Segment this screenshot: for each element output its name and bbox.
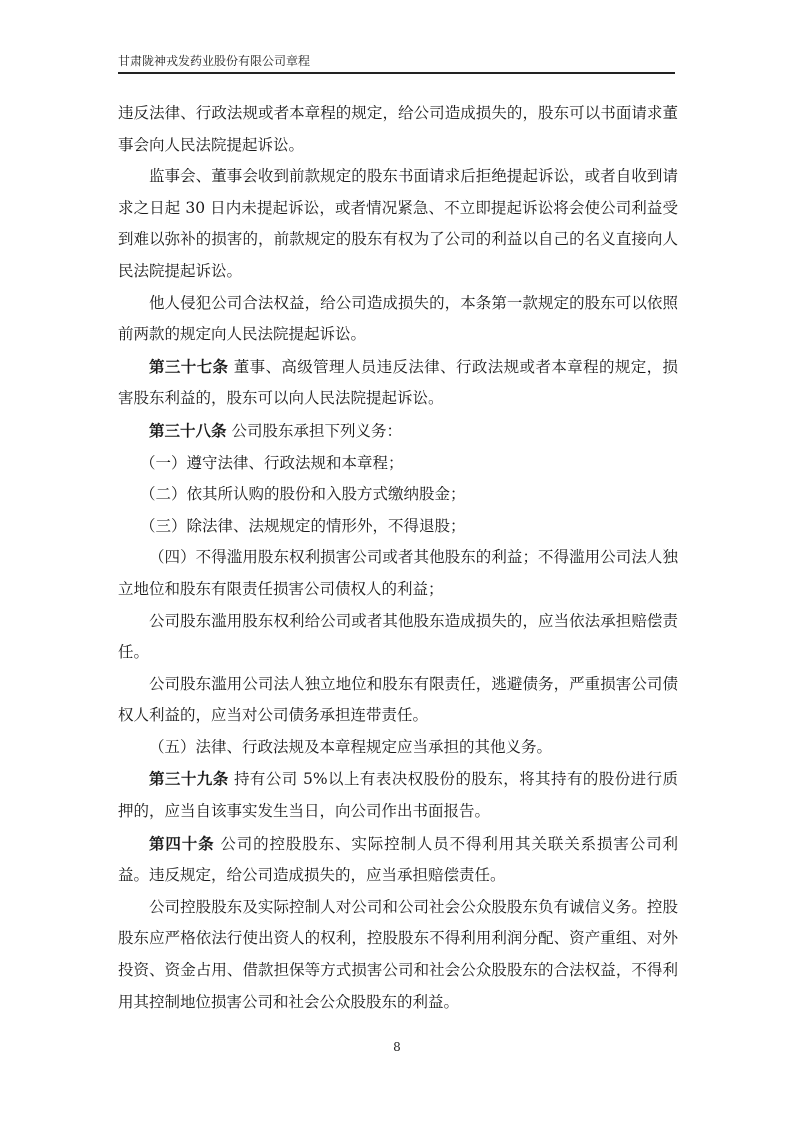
paragraph: 他人侵犯公司合法权益，给公司造成损失的，本条第一款规定的股东可以依照前两款的规定…: [118, 288, 678, 351]
article-38: 第三十八条 公司股东承担下列义务：: [118, 415, 678, 448]
list-item: （三）除法律、法规规定的情形外，不得退股；: [118, 511, 678, 543]
article-39: 第三十九条 持有公司 5%以上有表决权股份的股东，将其持有的股份进行质押的，应当…: [118, 763, 678, 827]
article-heading: 第三十九条: [149, 769, 229, 788]
list-item: （四）不得滥用股东权利损害公司或者其他股东的利益；不得滥用公司法人独立地位和股东…: [118, 542, 678, 605]
paragraph: 公司股东滥用公司法人独立地位和股东有限责任，逃避债务，严重损害公司债权人利益的，…: [118, 669, 678, 732]
list-item: （二）依其所认购的股份和入股方式缴纳股金；: [118, 479, 678, 511]
paragraph: 公司股东滥用股东权利给公司或者其他股东造成损失的，应当依法承担赔偿责任。: [118, 606, 678, 669]
header-divider: [118, 72, 675, 74]
page-number: 8: [0, 1040, 794, 1054]
article-heading: 第四十条: [149, 834, 215, 853]
list-item: （五）法律、行政法规及本章程规定应当承担的其他义务。: [118, 732, 678, 764]
paragraph: 公司控股股东及实际控制人对公司和公司社会公众股股东负有诚信义务。控股股东应严格依…: [118, 892, 678, 1018]
article-40: 第四十条 公司的控股股东、实际控制人员不得利用其关联关系损害公司利益。违反规定，…: [118, 828, 678, 892]
article-heading: 第三十八条: [149, 421, 227, 440]
article-heading: 第三十七条: [149, 357, 228, 376]
article-text: 公司股东承担下列义务：: [227, 422, 402, 440]
paragraph: 监事会、董事会收到前款规定的股东书面请求后拒绝提起诉讼，或者自收到请求之日起 3…: [118, 161, 678, 287]
paragraph: 违反法律、行政法规或者本章程的规定，给公司造成损失的，股东可以书面请求董事会向人…: [118, 98, 678, 161]
document-header: 甘肃陇神戎发药业股份有限公司章程: [118, 52, 675, 70]
document-body: 违反法律、行政法规或者本章程的规定，给公司造成损失的，股东可以书面请求董事会向人…: [118, 98, 678, 1018]
article-37: 第三十七条 董事、高级管理人员违反法律、行政法规或者本章程的规定，损害股东利益的…: [118, 351, 678, 415]
list-item: （一）遵守法律、行政法规和本章程；: [118, 448, 678, 480]
